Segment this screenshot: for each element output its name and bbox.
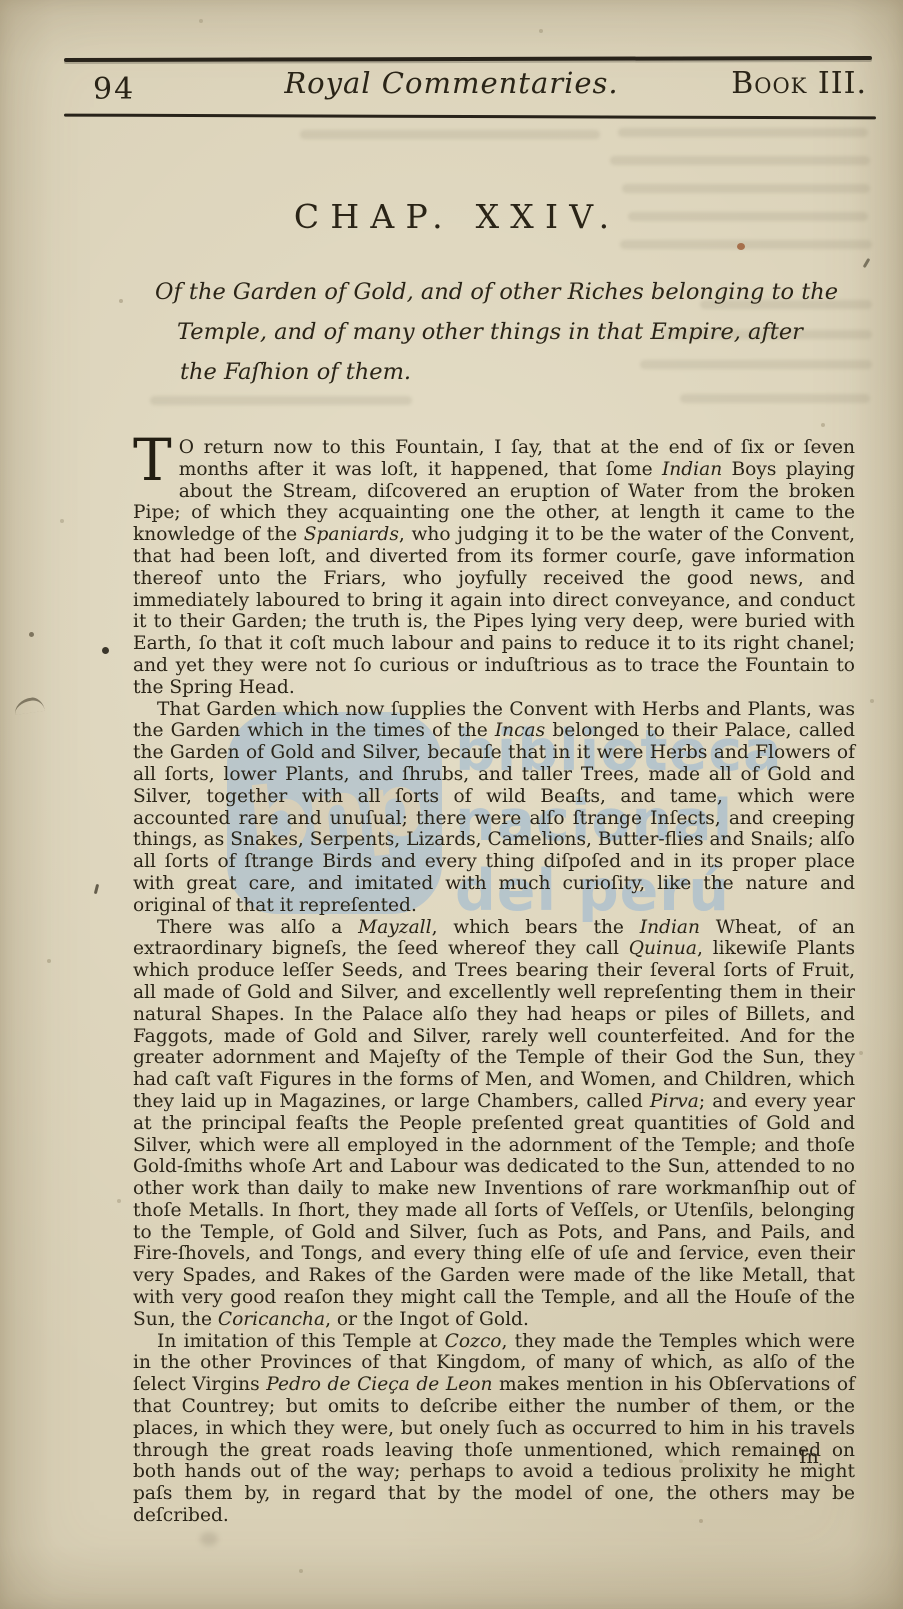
chapter-subtitle: Of the Garden of Gold, and of other Rich… (135, 272, 845, 392)
showthrough-line (620, 240, 872, 249)
catchword: In (799, 1446, 819, 1468)
subtitle-line: the Faſhion of them. (180, 352, 845, 392)
margin-mark (94, 884, 99, 894)
ink-blot (102, 647, 109, 654)
showthrough-line (300, 130, 600, 139)
showthrough-line (622, 184, 870, 193)
subtitle-line: Temple, and of many other things in that… (177, 312, 845, 352)
body-text: TO return now to this Fountain, I ſay, t… (133, 437, 855, 1527)
paragraph: TO return now to this Fountain, I ſay, t… (133, 437, 855, 699)
paragraph: That Garden which now ſupplies the Conve… (133, 699, 855, 917)
paragraph: In imitation of this Temple at Cozco, th… (133, 1331, 855, 1527)
drop-cap: T (133, 437, 179, 481)
book-label: Book III. (731, 66, 867, 101)
margin-mark (863, 258, 871, 268)
showthrough-line (618, 128, 868, 137)
chapter-heading: CHAP. XXIV. (0, 197, 903, 236)
paper-specks (0, 0, 2, 2)
header-rule-bottom (64, 114, 876, 120)
header-rule-top (64, 56, 872, 62)
paragraph: There was alſo a Mayzall, which bears th… (133, 917, 855, 1331)
margin-speck (29, 632, 34, 637)
showthrough-line (610, 156, 870, 165)
showthrough-line (150, 396, 412, 405)
margin-mark (13, 696, 45, 715)
subtitle-line: Of the Garden of Gold, and of other Rich… (155, 272, 845, 312)
book-page: 94 Royal Commentaries. Book III. CHAP. X… (0, 0, 903, 1609)
showthrough-line (680, 394, 870, 403)
smudge (200, 1532, 218, 1546)
foxing-stain (737, 243, 745, 250)
